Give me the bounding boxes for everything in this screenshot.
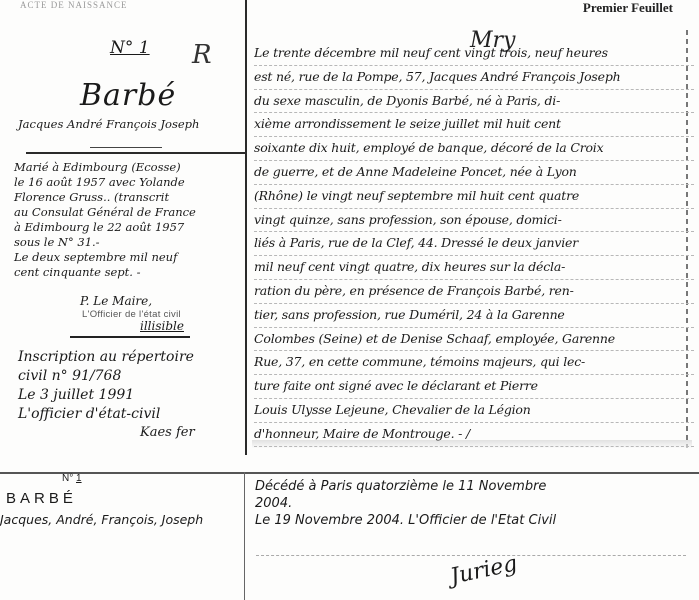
death-line: 2004.: [255, 495, 695, 512]
stamp-signature-line: illisible: [70, 322, 190, 338]
birth-certificate-page: ACTE DE NAISSANCE Premier Feuillet N° 1 …: [0, 0, 699, 600]
entry-number-prefix: N°: [62, 473, 73, 484]
annotation-line: Florence Gruss.. (transcrit: [14, 190, 246, 205]
signature-dotted-line: [256, 555, 686, 556]
inscription-signature: Kaes fer: [140, 425, 195, 440]
death-line: Le 19 Novembre 2004. L'Officier de l'Eta…: [255, 512, 695, 529]
given-names: Jacques André François Joseph: [18, 117, 199, 131]
death-annotation: Décédé à Paris quatorzième le 11 Novembr…: [255, 478, 695, 529]
act-body: Le trente décembre mil neuf cent vingt t…: [254, 42, 694, 447]
annotation-line: Le deux septembre mil neuf: [14, 250, 246, 265]
bottom-surname: BARBÉ: [6, 490, 77, 507]
section-divider: [0, 472, 699, 474]
sheet-label: Premier Feuillet: [583, 0, 673, 16]
inscription-annotation: Inscription au répertoire civil n° 91/76…: [18, 348, 250, 424]
annotation-line: Le 3 juillet 1991: [18, 386, 250, 405]
bottom-given-names: Jacques, André, François, Joseph: [0, 512, 240, 527]
act-line: ture faite ont signé avec le déclarant e…: [254, 375, 694, 399]
surname-heading: Barbé: [80, 78, 176, 113]
annotation-line: à Edimbourg le 22 août 1957: [14, 220, 246, 235]
initial-mark: R: [192, 40, 212, 70]
annotation-line: cent cinquante sept. -: [14, 265, 246, 280]
annotation-line: le 16 août 1957 avec Yolande: [14, 175, 246, 190]
annotation-line: au Consulat Général de France: [14, 205, 246, 220]
bottom-column-divider: [244, 472, 245, 600]
marriage-annotation: Marié à Edimbourg (Ecosse) le 16 août 19…: [14, 160, 246, 280]
act-line: Le trente décembre mil neuf cent vingt t…: [254, 42, 694, 66]
act-line: tier, sans profession, rue Duméril, 24 à…: [254, 304, 694, 328]
act-line: Rue, 37, en cette commune, témoins majeu…: [254, 351, 694, 375]
act-line: vingt quinze, sans profession, son épous…: [254, 209, 694, 233]
mayor-signature: P. Le Maire,: [80, 294, 152, 308]
annotation-line: sous le N° 31.-: [14, 235, 246, 250]
act-line: (Rhône) le vingt neuf septembre mil huit…: [254, 185, 694, 209]
given-names-rule: [90, 147, 162, 148]
act-line: liés à Paris, rue de la Clef, 44. Dressé…: [254, 232, 694, 256]
act-line: ration du père, en présence de François …: [254, 280, 694, 304]
act-line: mil neuf cent vingt quatre, dix heures s…: [254, 256, 694, 280]
act-line: soixante dix huit, employé de banque, dé…: [254, 137, 694, 161]
death-line: Décédé à Paris quatorzième le 11 Novembr…: [255, 478, 695, 495]
act-line: du sexe masculin, de Dyonis Barbé, né à …: [254, 90, 694, 114]
act-line: de guerre, et de Anne Madeleine Poncet, …: [254, 161, 694, 185]
stamp-signature: illisible: [140, 319, 184, 333]
act-line: Colombes (Seine) et de Denise Schaaf, em…: [254, 328, 694, 352]
entry-number: N° 1: [110, 38, 150, 58]
annotation-line: Marié à Edimbourg (Ecosse): [14, 160, 246, 175]
act-line: xième arrondissement le seize juillet mi…: [254, 113, 694, 137]
header-faded-text: ACTE DE NAISSANCE: [20, 0, 128, 10]
bottom-entry-number: N° 1: [62, 473, 82, 484]
act-line: Louis Ulysse Lejeune, Chevalier de la Lé…: [254, 399, 694, 423]
annotation-line: L'officier d'état-civil: [18, 405, 250, 424]
annotation-line: civil n° 91/768: [18, 367, 250, 386]
death-signature: Jurieg: [448, 551, 519, 590]
entry-number-value: 1: [76, 473, 82, 484]
act-line: est né, rue de la Pompe, 57, Jacques And…: [254, 66, 694, 90]
name-underline: [26, 152, 245, 154]
annotation-line: Inscription au répertoire: [18, 348, 250, 367]
act-line: d'honneur, Maire de Montrouge. - /: [254, 423, 694, 447]
